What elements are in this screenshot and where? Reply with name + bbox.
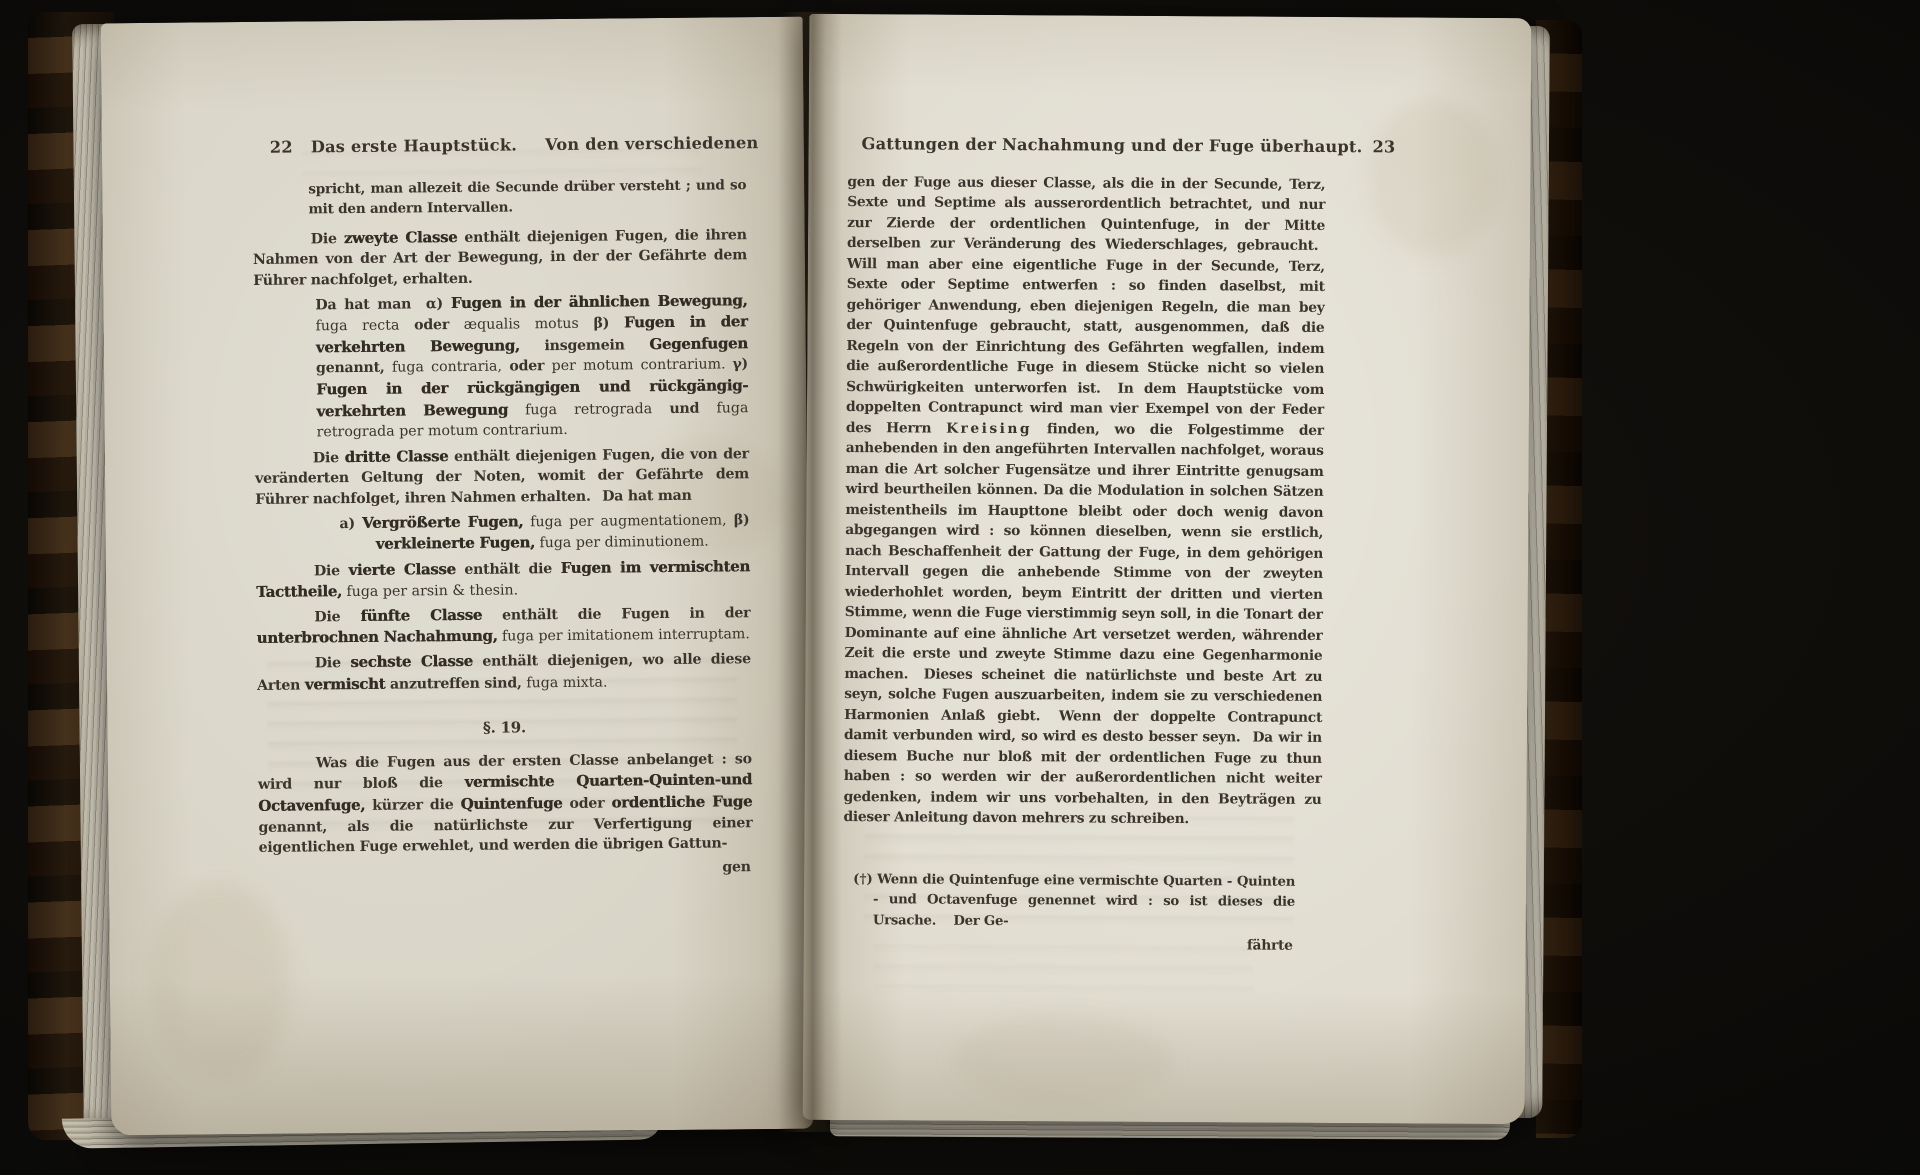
paragraph: spricht, man allezeit die Secunde drüber…	[308, 175, 746, 220]
left-page: 22 Das erste Hauptstück. Von den verschi…	[101, 17, 814, 1136]
paragraph: Die vierte Classe enthält die Fugen im v…	[256, 556, 750, 604]
right-header-title: Gattungen der Nachahmung und der Fuge üb…	[848, 134, 1363, 158]
footnote: (†) Wenn die Quintenfuge eine vermischte…	[873, 870, 1295, 934]
right-page: Gattungen der Nachahmung und der Fuge üb…	[803, 14, 1532, 1124]
left-catchword: gen	[259, 857, 751, 882]
paragraph: Da hat man α) Fugen in der ähnlichen Bew…	[315, 290, 748, 443]
paragraph: Die dritte Classe enthält diejenigen Fug…	[255, 443, 750, 511]
book-photo: 22 Das erste Hauptstück. Von den verschi…	[0, 0, 1920, 1175]
right-running-header: Gattungen der Nachahmung und der Fuge üb…	[848, 134, 1326, 157]
left-page-number: 22	[270, 138, 293, 159]
left-running-header: 22 Das erste Hauptstück. Von den verschi…	[252, 133, 746, 158]
paragraph: Die zweyte Classe enthält diejenigen Fug…	[253, 224, 748, 292]
paragraph: a) Vergrößerte Fugen, fuga per augmentat…	[375, 509, 749, 556]
stain	[149, 882, 291, 1083]
left-header-title: Das erste Hauptstück. Von den verschiede…	[311, 133, 759, 158]
right-page-number: 23	[1372, 137, 1395, 158]
footnote-catchword: fährte	[843, 933, 1293, 956]
stain	[1368, 97, 1499, 258]
section-heading: §. 19.	[257, 715, 751, 740]
paragraph: Die fünfte Classe enthält die Fugen in d…	[256, 602, 750, 650]
paragraph: Was die Fugen aus der ersten Classe anbe…	[258, 749, 753, 859]
left-page-body: spricht, man allezeit die Secunde drüber…	[252, 175, 752, 859]
left-page-text: 22 Das erste Hauptstück. Von den verschi…	[252, 133, 753, 882]
stain	[953, 1015, 1174, 1106]
right-page-text: Gattungen der Nachahmung und der Fuge üb…	[843, 134, 1326, 956]
paragraph: Die sechste Classe enthält diejenigen, w…	[257, 648, 751, 696]
right-page-body: gen der Fuge aus dieser Classe, als die …	[843, 172, 1325, 831]
